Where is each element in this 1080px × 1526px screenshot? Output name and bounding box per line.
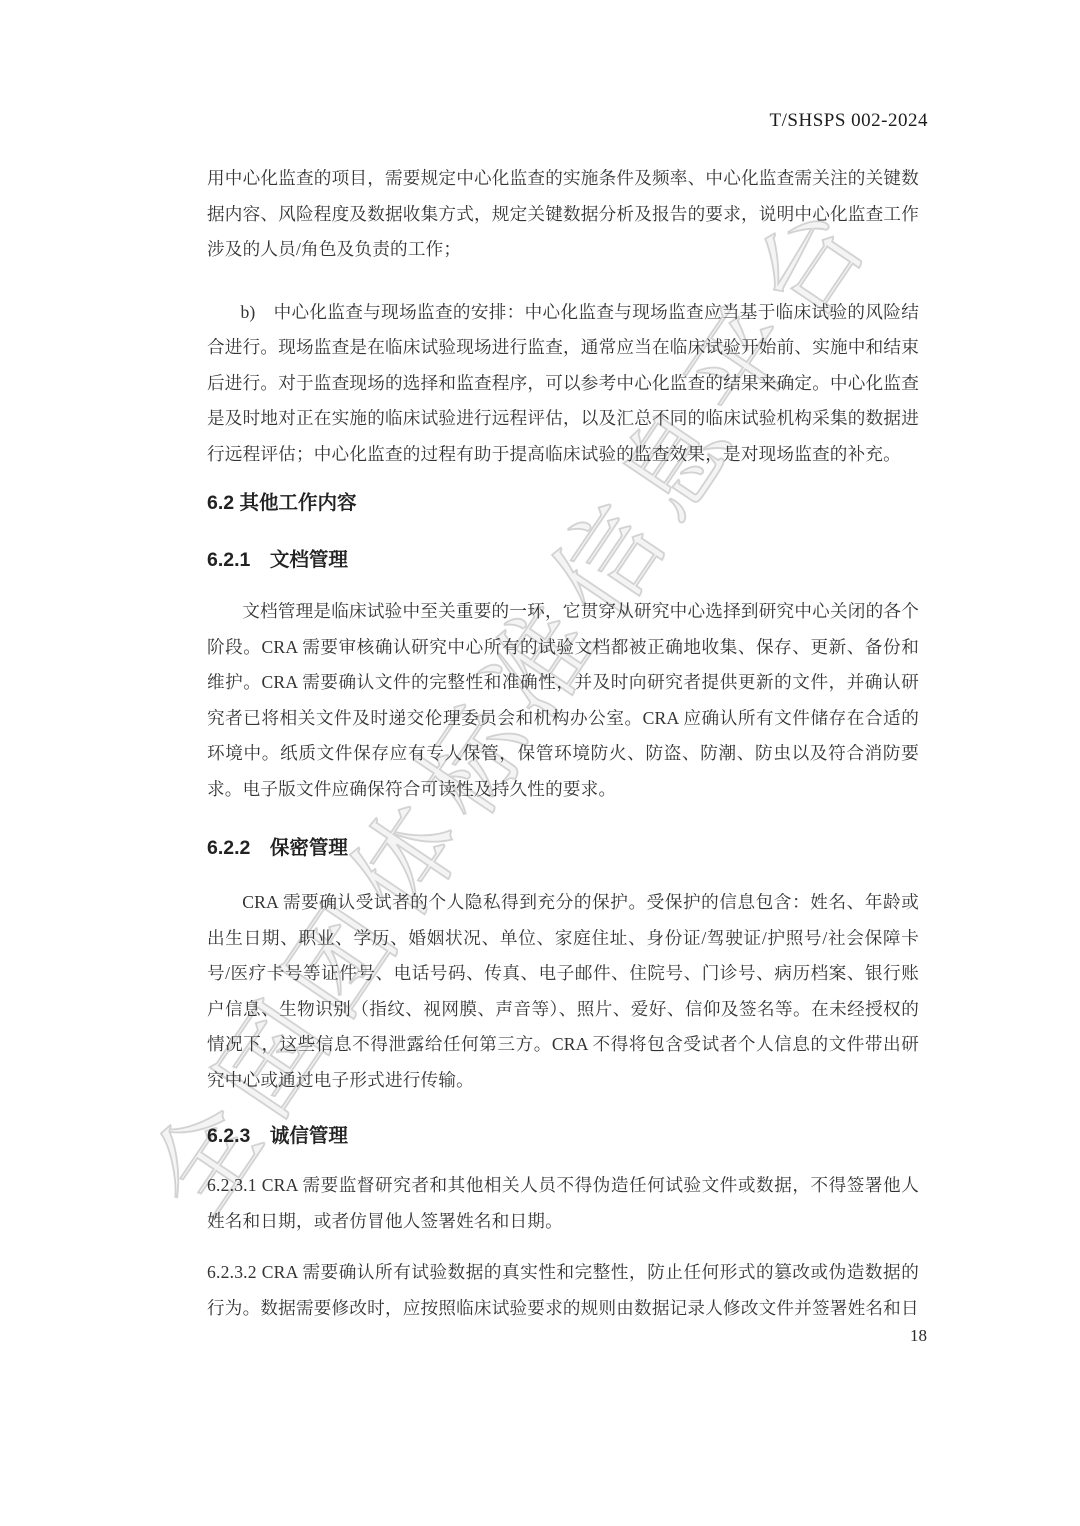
document-content: 用中心化监查的项目，需要规定中心化监查的实施条件及频率、中心化监查需关注的关键数… — [207, 161, 919, 1326]
section-heading-6-2-1: 6.2.1 文档管理 — [207, 545, 919, 575]
paragraph-continuation: 用中心化监查的项目，需要规定中心化监查的实施条件及频率、中心化监查需关注的关键数… — [207, 161, 919, 268]
standard-number-header: T/SHSPS 002-2024 — [770, 110, 928, 132]
section-heading-6-2: 6.2 其他工作内容 — [207, 488, 919, 518]
document-page: 全国团体标准信息平台 T/SHSPS 002-2024 用中心化监查的项目，需要… — [0, 0, 1080, 1526]
list-item-b: b) 中心化监查与现场监查的安排：中心化监查与现场监查应当基于临床试验的风险结合… — [207, 295, 919, 473]
page-number: 18 — [910, 1326, 927, 1346]
paragraph-6-2-3-1: 6.2.3.1 CRA 需要监督研究者和其他相关人员不得伪造任何试验文件或数据，… — [207, 1168, 919, 1239]
section-heading-6-2-2: 6.2.2 保密管理 — [207, 833, 919, 863]
section-heading-6-2-3: 6.2.3 诚信管理 — [207, 1121, 919, 1151]
paragraph-document-management: 文档管理是临床试验中至关重要的一环，它贯穿从研究中心选择到研究中心关闭的各个阶段… — [207, 594, 919, 807]
paragraph-confidentiality-management: CRA 需要确认受试者的个人隐私得到充分的保护。受保护的信息包含：姓名、年龄或出… — [207, 885, 919, 1098]
paragraph-6-2-3-2: 6.2.3.2 CRA 需要确认所有试验数据的真实性和完整性，防止任何形式的篡改… — [207, 1255, 919, 1326]
